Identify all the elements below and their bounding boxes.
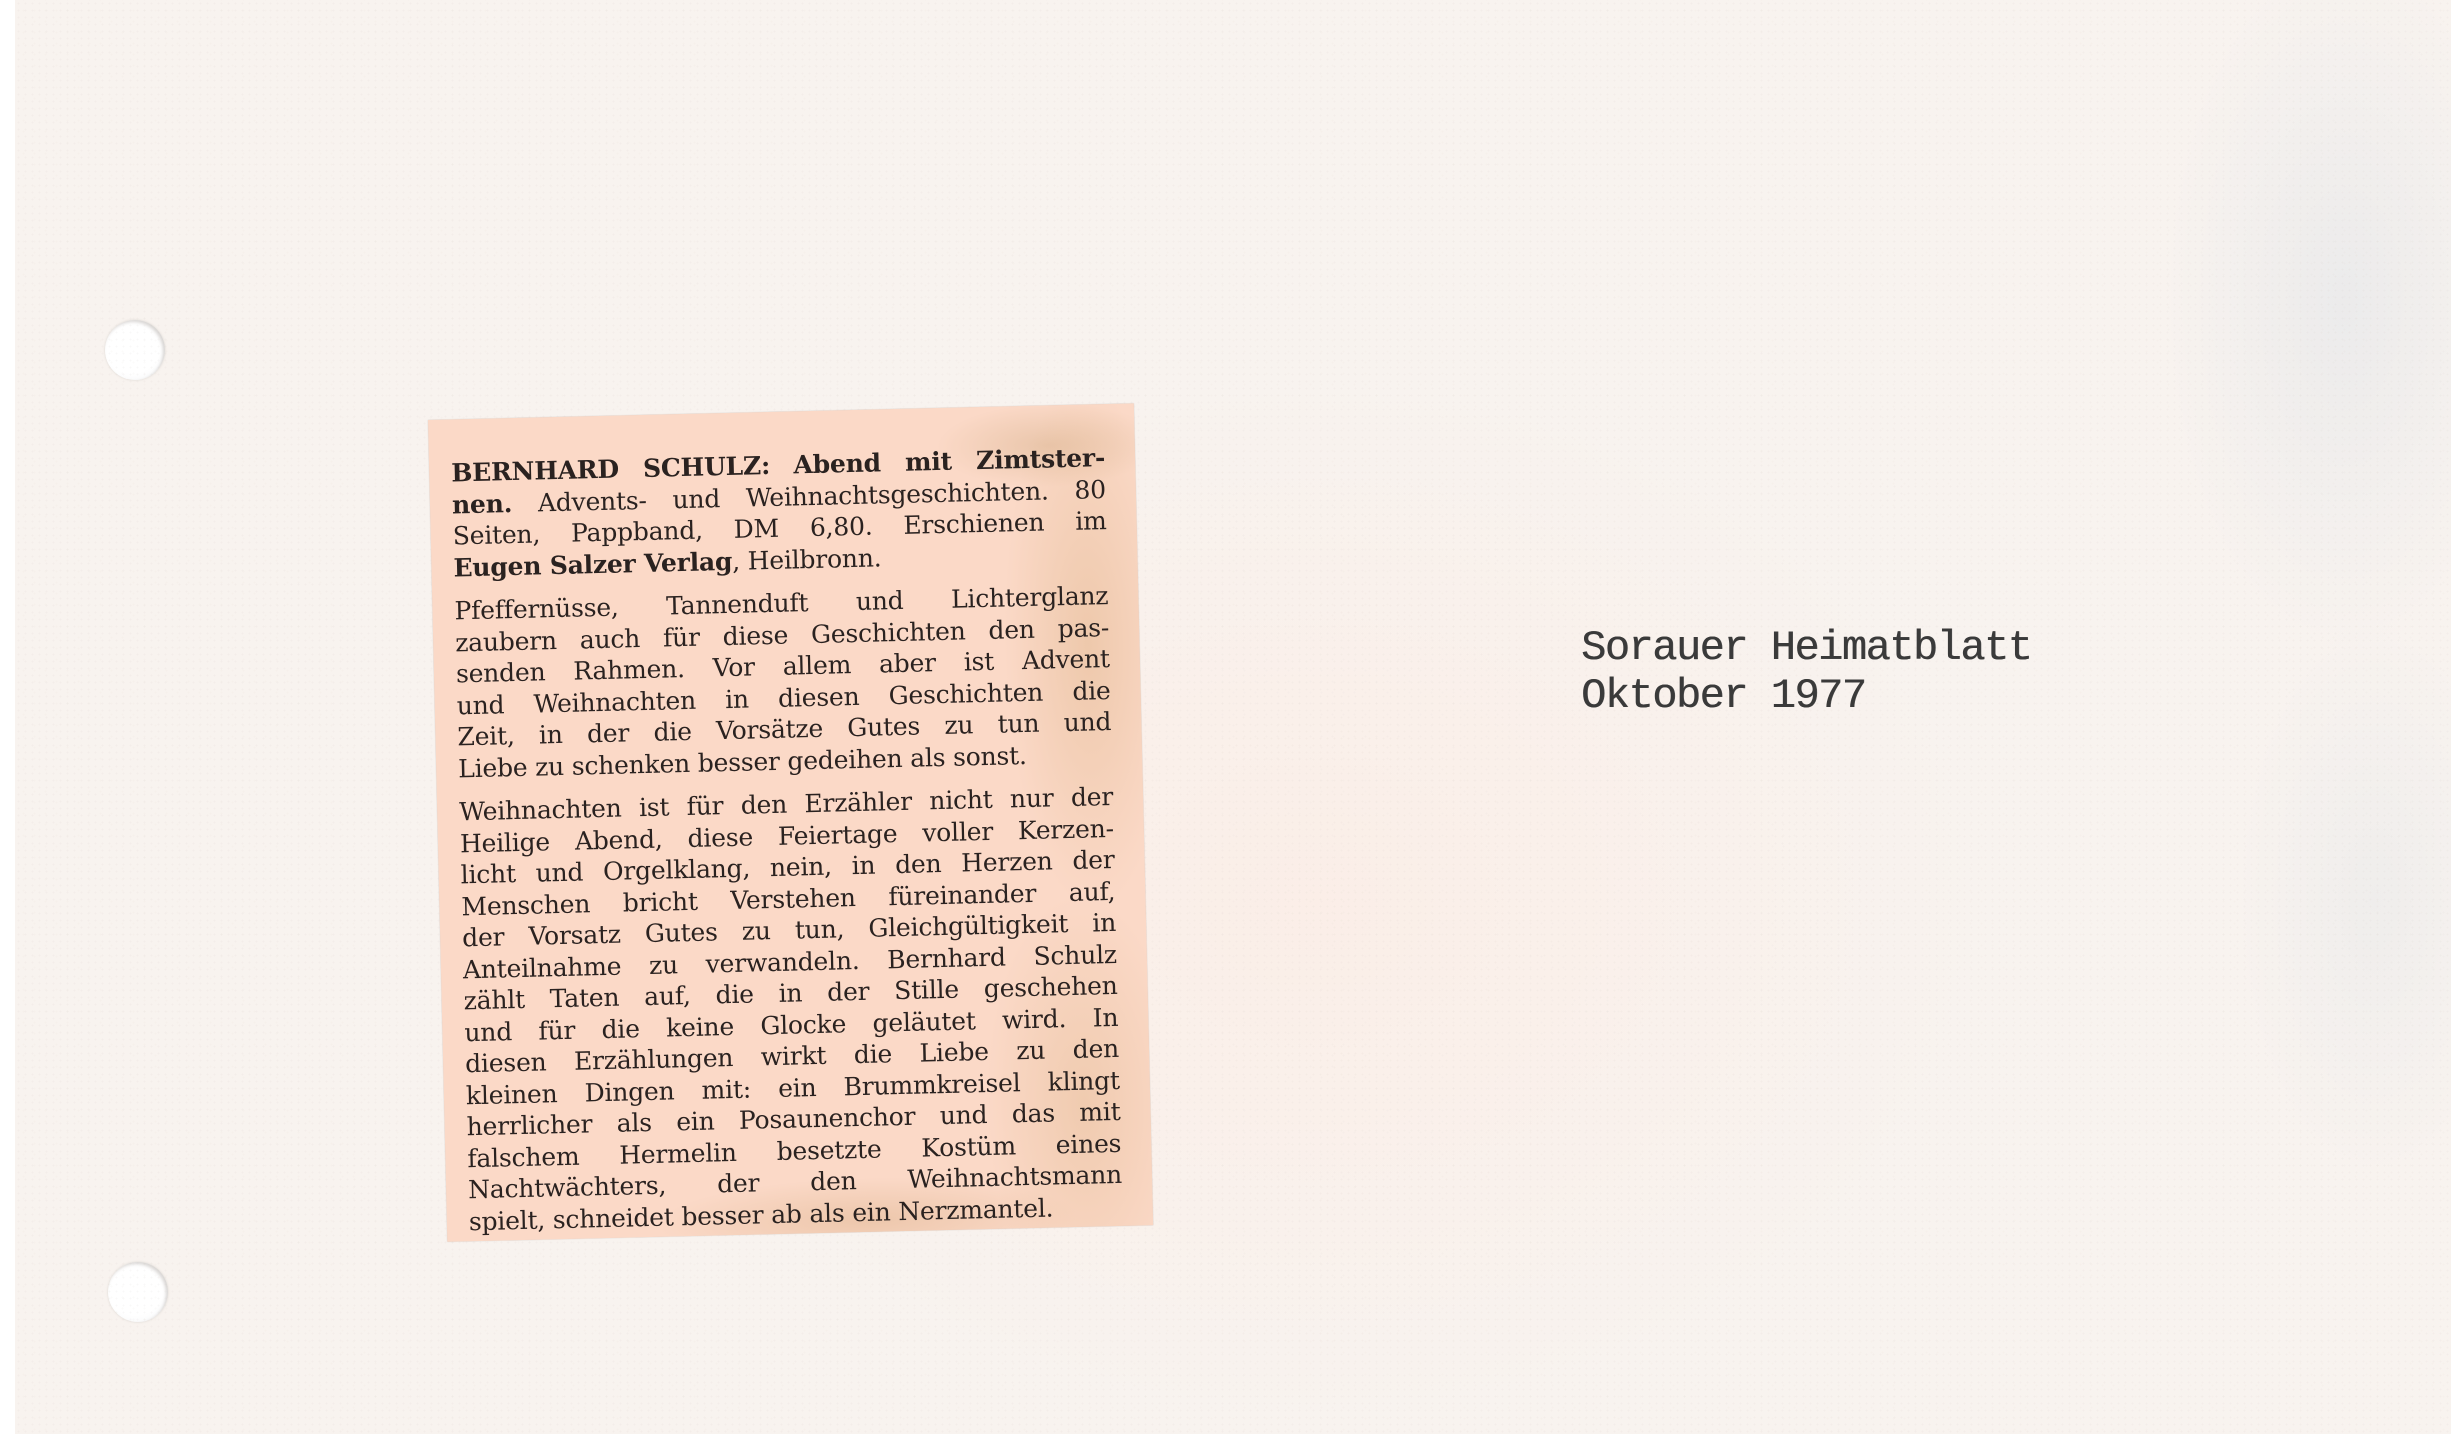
publisher-location: , Heilbronn. xyxy=(732,543,882,576)
punch-hole-top xyxy=(105,320,165,380)
book-title-part1: Abend mit Zimtster- xyxy=(793,443,1105,479)
source-date: Oktober 1977 xyxy=(1581,672,2031,720)
review-paragraph-1: Pfeffernüsse, Tannenduft und Lichterglan… xyxy=(454,580,1112,784)
typed-source-note: Sorauer Heimatblatt Oktober 1977 xyxy=(1581,624,2031,720)
clipping-header: BERNHARD SCHULZ: Abend mit Zimtster- nen… xyxy=(451,442,1108,583)
newspaper-clipping: BERNHARD SCHULZ: Abend mit Zimtster- nen… xyxy=(428,403,1153,1241)
book-title-part2: nen. xyxy=(452,489,513,519)
author-name: BERNHARD SCHULZ: xyxy=(451,451,770,488)
publisher-name: Eugen Salzer Verlag xyxy=(453,546,732,582)
review-paragraph-2: Weihnachten ist für den Erzähler nicht n… xyxy=(459,781,1123,1237)
punch-hole-bottom xyxy=(108,1262,168,1322)
archive-page xyxy=(15,0,2451,1434)
source-publication: Sorauer Heimatblatt xyxy=(1581,624,2031,672)
